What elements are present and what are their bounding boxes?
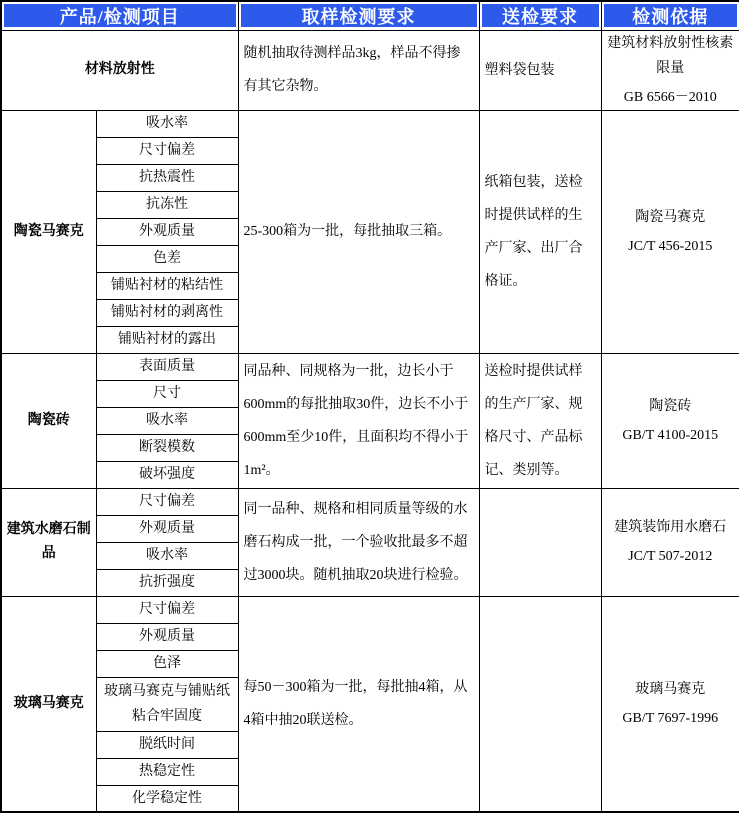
submission-cell — [479, 488, 601, 596]
item-cell: 铺贴衬材的粘结性 — [96, 272, 238, 299]
item-cell: 化学稳定性 — [96, 785, 238, 812]
basis-code: GB/T 7697-1996 — [604, 706, 738, 731]
submission-cell: 塑料袋包装 — [479, 30, 601, 110]
sampling-cell: 每50－300箱为一批，每批抽4箱，从4箱中抽20联送检。 — [238, 596, 479, 812]
header-basis-label: 检测依据 — [602, 2, 739, 29]
table-row: 陶瓷砖 表面质量 同品种、同规格为一批，边长小于600mm的每批抽取30件，边长… — [1, 353, 739, 380]
item-cell: 尺寸 — [96, 380, 238, 407]
table-row: 材料放射性 随机抽取待测样品3kg，样品不得掺有其它杂物。 塑料袋包装 建筑材料… — [1, 30, 739, 110]
product-cell: 玻璃马赛克 — [1, 596, 96, 812]
product-cell: 建筑水磨石制品 — [1, 488, 96, 596]
header-submission-label: 送检要求 — [480, 2, 601, 29]
item-cell: 热稳定性 — [96, 758, 238, 785]
basis-cell: 陶瓷砖 GB/T 4100-2015 — [601, 353, 739, 488]
submission-cell — [479, 596, 601, 812]
item-cell: 抗冻性 — [96, 191, 238, 218]
sampling-cell: 随机抽取待测样品3kg，样品不得掺有其它杂物。 — [238, 30, 479, 110]
submission-cell: 纸箱包装，送检时提供试样的生产厂家、出厂合格证。 — [479, 110, 601, 353]
basis-code: GB/T 4100-2015 — [604, 423, 738, 448]
basis-cell: 玻璃马赛克 GB/T 7697-1996 — [601, 596, 739, 812]
item-cell: 表面质量 — [96, 353, 238, 380]
item-cell: 断裂模数 — [96, 434, 238, 461]
item-cell: 吸水率 — [96, 110, 238, 137]
header-row: 产品/检测项目 取样检测要求 送检要求 检测依据 — [1, 1, 739, 30]
item-cell: 玻璃马赛克与铺贴纸粘合牢固度 — [96, 677, 238, 731]
basis-cell: 建筑材料放射性核素限量 GB 6566－2010 — [601, 30, 739, 110]
item-cell: 尺寸偏差 — [96, 596, 238, 623]
header-sampling-label: 取样检测要求 — [239, 2, 479, 29]
item-cell: 外观质量 — [96, 515, 238, 542]
item-cell: 色差 — [96, 245, 238, 272]
basis-code: JC/T 456-2015 — [604, 234, 738, 259]
basis-name: 玻璃马赛克 — [604, 677, 738, 702]
header-product-label: 产品/检测项目 — [2, 2, 238, 29]
basis-cell: 陶瓷马赛克 JC/T 456-2015 — [601, 110, 739, 353]
item-cell: 吸水率 — [96, 542, 238, 569]
table-row: 玻璃马赛克 尺寸偏差 每50－300箱为一批，每批抽4箱，从4箱中抽20联送检。… — [1, 596, 739, 623]
basis-code: JC/T 507-2012 — [604, 544, 738, 569]
basis-name: 建筑材料放射性核素限量 — [604, 31, 738, 81]
sampling-cell: 25-300箱为一批，每批抽取三箱。 — [238, 110, 479, 353]
basis-name: 陶瓷砖 — [604, 394, 738, 419]
header-product: 产品/检测项目 — [1, 1, 238, 30]
inspection-table: 产品/检测项目 取样检测要求 送检要求 检测依据 材料放射性 随机抽取待测样品3… — [0, 0, 739, 813]
item-cell: 外观质量 — [96, 218, 238, 245]
sampling-cell: 同一品种、规格和相同质量等级的水磨石构成一批，一个验收批最多不超过3000块。随… — [238, 488, 479, 596]
table-row: 建筑水磨石制品 尺寸偏差 同一品种、规格和相同质量等级的水磨石构成一批，一个验收… — [1, 488, 739, 515]
item-cell: 铺贴衬材的露出 — [96, 326, 238, 353]
item-cell: 抗热震性 — [96, 164, 238, 191]
item-cell: 吸水率 — [96, 407, 238, 434]
inspection-document: 产品/检测项目 取样检测要求 送检要求 检测依据 材料放射性 随机抽取待测样品3… — [0, 0, 739, 813]
basis-name: 陶瓷马赛克 — [604, 205, 738, 230]
basis-cell: 建筑装饰用水磨石 JC/T 507-2012 — [601, 488, 739, 596]
item-cell: 抗折强度 — [96, 569, 238, 596]
item-cell: 外观质量 — [96, 623, 238, 650]
product-cell: 陶瓷砖 — [1, 353, 96, 488]
item-cell: 尺寸偏差 — [96, 137, 238, 164]
header-submission: 送检要求 — [479, 1, 601, 30]
item-cell: 铺贴衬材的剥离性 — [96, 299, 238, 326]
item-cell: 脱纸时间 — [96, 731, 238, 758]
submission-cell: 送检时提供试样的生产厂家、规格尺寸、产品标记、类别等。 — [479, 353, 601, 488]
sampling-cell: 同品种、同规格为一批，边长小于600mm的每批抽取30件，边长不小于600mm至… — [238, 353, 479, 488]
basis-name: 建筑装饰用水磨石 — [604, 515, 738, 540]
basis-code: GB 6566－2010 — [604, 85, 738, 110]
header-sampling: 取样检测要求 — [238, 1, 479, 30]
item-cell: 尺寸偏差 — [96, 488, 238, 515]
item-cell: 色泽 — [96, 650, 238, 677]
product-cell: 陶瓷马赛克 — [1, 110, 96, 353]
table-row: 陶瓷马赛克 吸水率 25-300箱为一批，每批抽取三箱。 纸箱包装，送检时提供试… — [1, 110, 739, 137]
product-cell: 材料放射性 — [1, 30, 238, 110]
item-cell: 破坏强度 — [96, 461, 238, 488]
header-basis: 检测依据 — [601, 1, 739, 30]
